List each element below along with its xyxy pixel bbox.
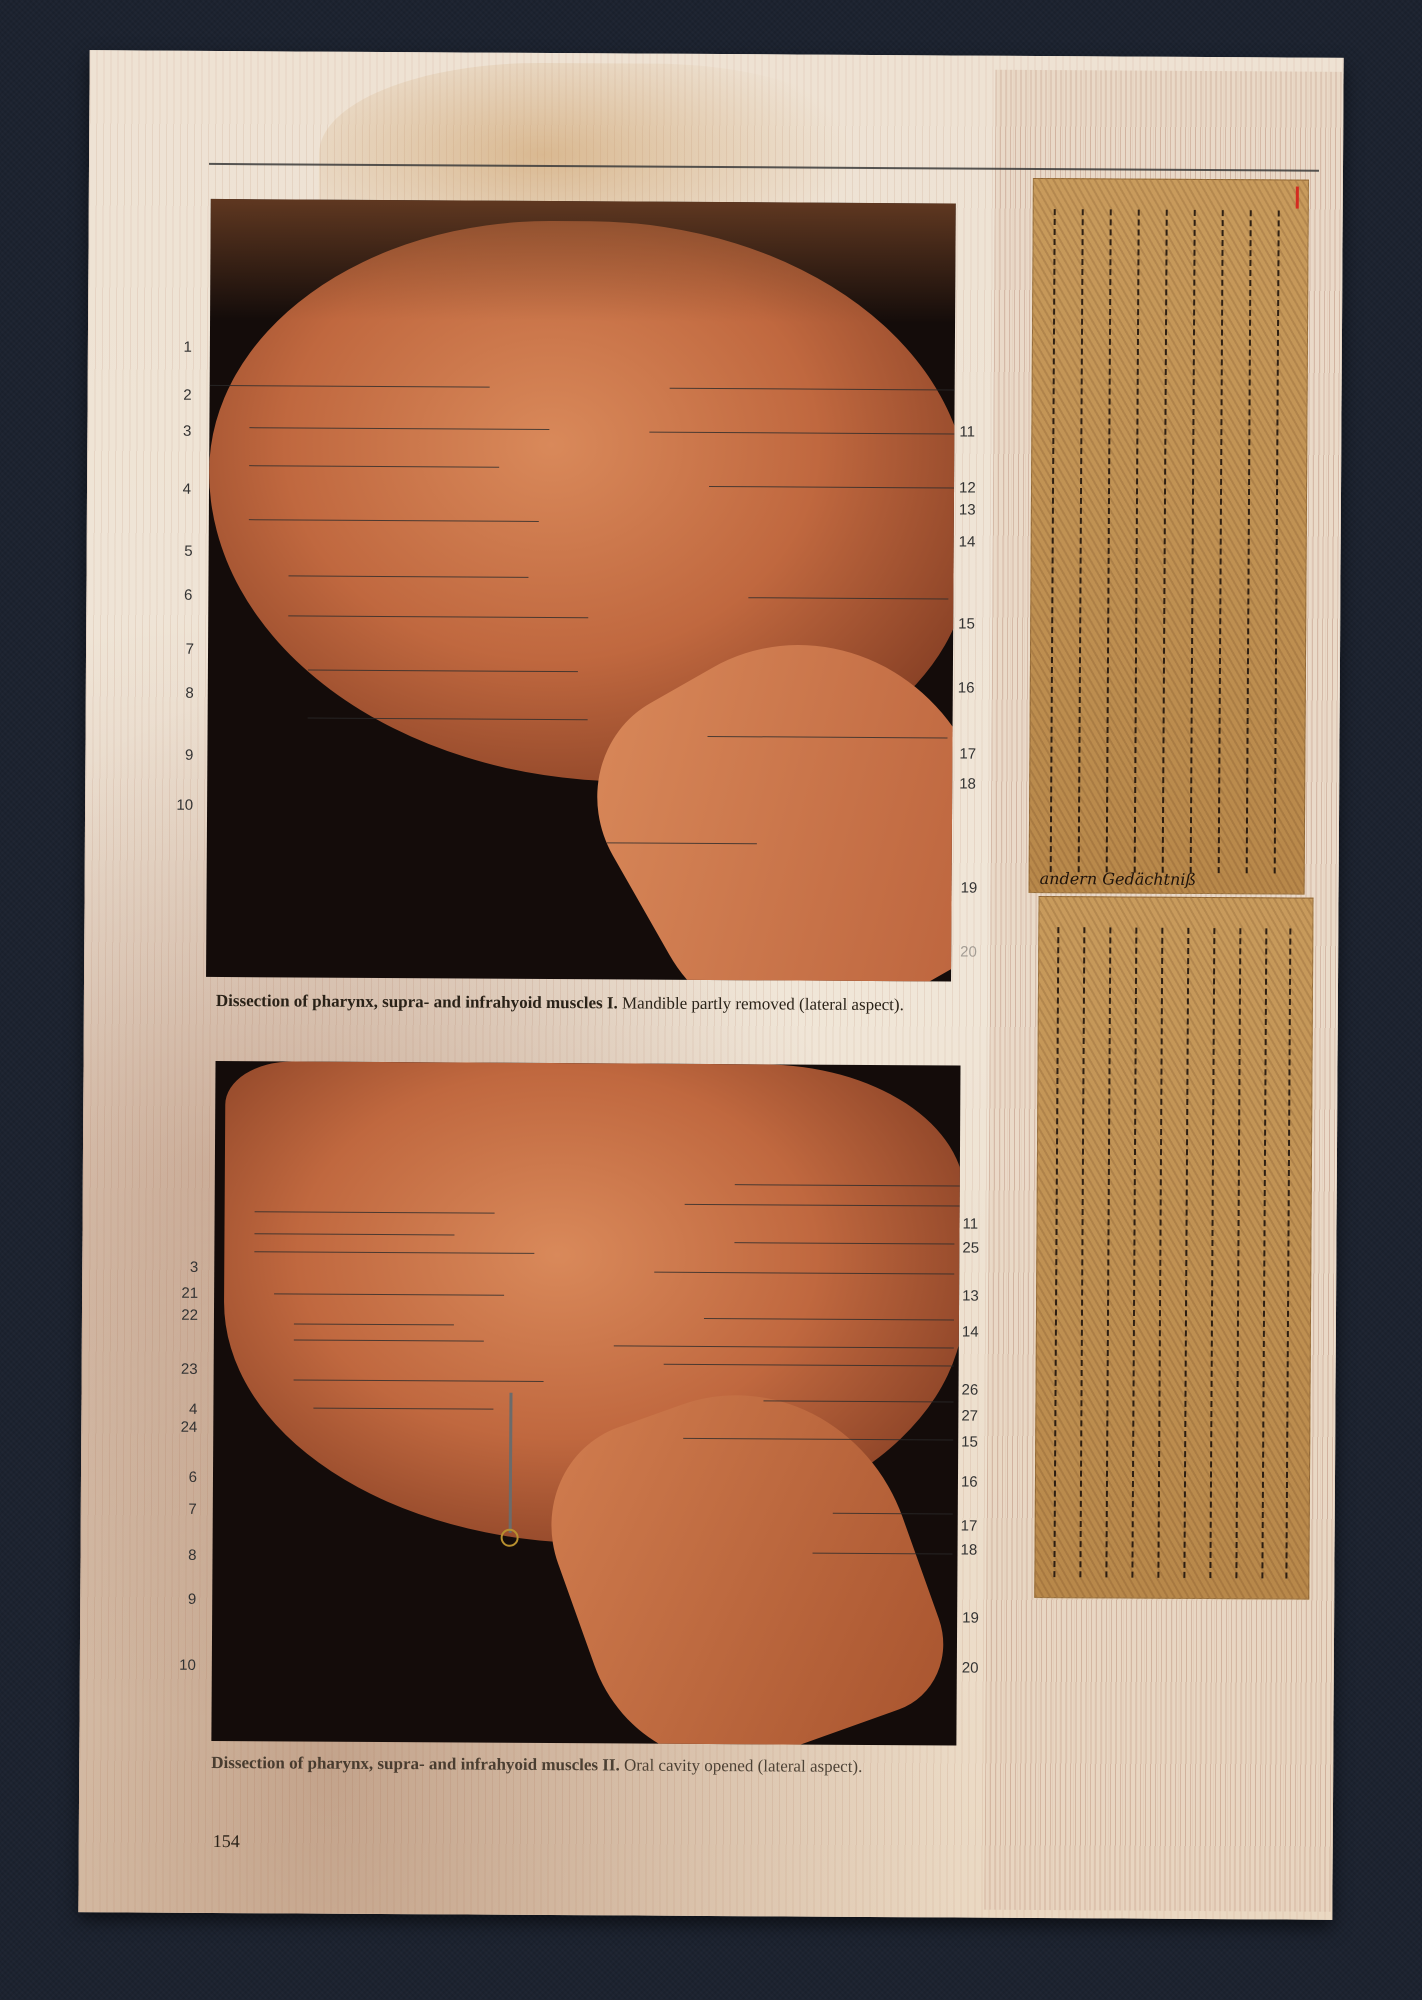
handwritten-note-lower — [1034, 896, 1313, 1600]
figure-2-label-right: 16 — [961, 1474, 978, 1491]
figure-2-label-left: 4 — [169, 1401, 197, 1418]
figure-1-label-right: 18 — [959, 776, 976, 793]
figure-1-label-right: 14 — [959, 534, 976, 551]
figure-1-label-left: 7 — [166, 641, 194, 658]
figure-2-label-left: 8 — [168, 1547, 196, 1564]
figure-2-label-right: 14 — [962, 1324, 979, 1341]
figure-2-label-left: 7 — [169, 1501, 197, 1518]
page-number: 154 — [213, 1831, 240, 1852]
figure-1-caption: Dissection of pharynx, supra- and infrah… — [216, 989, 956, 1018]
wire-ring — [501, 1529, 519, 1547]
figure-1-label-right: 11 — [959, 424, 975, 441]
figure-1-caption-text: Mandible partly removed (lateral aspect)… — [618, 993, 904, 1014]
figure-2-label-left: 3 — [170, 1259, 198, 1276]
figure-2-label-right: 18 — [961, 1542, 978, 1559]
figure-2-label-left: 10 — [168, 1657, 196, 1674]
figure-1-caption-title: Dissection of pharynx, supra- and infrah… — [216, 991, 618, 1012]
figure-1-label-left: 10 — [165, 797, 193, 814]
figure-2-label-left: 9 — [168, 1591, 196, 1608]
figure-1-label-left: 1 — [164, 339, 192, 356]
figure-2-label-right: 15 — [961, 1434, 978, 1451]
figure-2-label-left: 6 — [169, 1469, 197, 1486]
figure-1-label-left: 6 — [164, 587, 192, 604]
figure-1-label-left: 9 — [165, 747, 193, 764]
figure-2-caption: Dissection of pharynx, supra- and infrah… — [211, 1751, 951, 1780]
figure-2-caption-title: Dissection of pharynx, supra- and infrah… — [211, 1753, 620, 1774]
figure-2-label-right: 20 — [962, 1660, 979, 1677]
figure-2-label-left: 24 — [169, 1419, 197, 1436]
figure-2-label-right: 13 — [962, 1288, 979, 1305]
red-mark — [1296, 187, 1299, 209]
figure-2-label-right: 17 — [961, 1518, 978, 1535]
figure-1-label-left: 4 — [163, 481, 191, 498]
figure-1-label-left: 5 — [165, 543, 193, 560]
figure-2-label-left: 22 — [170, 1307, 198, 1324]
figure-2-caption-text: Oral cavity opened (lateral aspect). — [620, 1755, 863, 1775]
figure-2-dissection-photo — [211, 1061, 960, 1746]
figure-1-label-left: 8 — [166, 685, 194, 702]
handwritten-fragment: andern Gedächtniß — [1040, 869, 1197, 889]
hair-region — [210, 199, 956, 324]
figure-1-label-left: 3 — [163, 423, 191, 440]
figure-2-label-left: 21 — [170, 1285, 198, 1302]
figure-2-label-right: 11 — [962, 1216, 978, 1233]
figure-2-label-right: 27 — [961, 1408, 978, 1425]
figure-1-label-right: 16 — [958, 680, 975, 697]
figure-2-label-right: 26 — [961, 1382, 978, 1399]
figure-1-label-right: 20 — [960, 944, 977, 961]
figure-2-label-right: 19 — [962, 1610, 979, 1627]
figure-1-label-right: 19 — [961, 880, 978, 897]
handwritten-note-upper: andern Gedächtniß — [1029, 178, 1309, 895]
figure-2-label-left: 23 — [170, 1361, 198, 1378]
figure-1-label-right: 12 — [959, 480, 976, 497]
anatomy-atlas-page: 1 2 3 4 5 6 7 8 9 10 11 12 13 14 15 16 1… — [78, 50, 1343, 1920]
figure-1-label-right: 15 — [958, 616, 975, 633]
figure-2-label-right: 25 — [962, 1240, 979, 1257]
figure-1-label-right: 13 — [959, 502, 976, 519]
figure-1-label-right: 17 — [959, 746, 976, 763]
figure-1-dissection-photo — [206, 199, 956, 982]
figure-1-label-left: 2 — [164, 387, 192, 404]
